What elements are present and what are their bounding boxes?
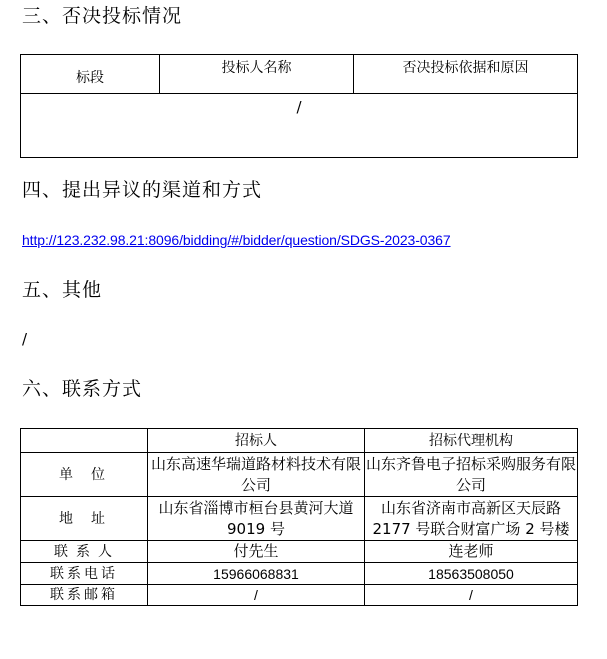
table-row: 单位 山东高速华瑞道路材料技术有限公司 山东齐鲁电子招标采购服务有限公司 xyxy=(21,453,578,497)
table-header-row: 标段 投标人名称 否决投标依据和原因 xyxy=(21,55,578,94)
header-lot: 标段 xyxy=(21,55,160,94)
header-tenderer: 招标人 xyxy=(148,429,365,453)
row-label-contact-person: 联系人 xyxy=(21,541,148,563)
section-6-heading: 六、联系方式 xyxy=(22,377,142,401)
section-5-heading: 五、其他 xyxy=(22,278,102,302)
header-agency: 招标代理机构 xyxy=(365,429,578,453)
agency-address: 山东省济南市高新区天辰路 2177 号联合财富广场 2 号楼 xyxy=(365,497,578,541)
header-empty xyxy=(21,429,148,453)
table-row: 联系邮箱 / / xyxy=(21,585,578,606)
row-label-phone: 联系电话 xyxy=(21,563,148,585)
tenderer-unit: 山东高速华瑞道路材料技术有限公司 xyxy=(148,453,365,497)
rejected-bids-table: 标段 投标人名称 否决投标依据和原因 / xyxy=(20,54,578,158)
table-row: 地址 山东省淄博市桓台县黄河大道9019 号 山东省济南市高新区天辰路 2177… xyxy=(21,497,578,541)
tenderer-contact-person: 付先生 xyxy=(148,541,365,563)
table-row: / xyxy=(21,94,578,158)
table-row: 联系电话 15966068831 18563508050 xyxy=(21,563,578,585)
header-bidder-name: 投标人名称 xyxy=(160,55,354,94)
section-4-heading: 四、提出异议的渠道和方式 xyxy=(22,178,262,202)
table-header-row: 招标人 招标代理机构 xyxy=(21,429,578,453)
header-rejection-reason: 否决投标依据和原因 xyxy=(354,55,578,94)
agency-email: / xyxy=(365,585,578,606)
objection-link-paragraph: http://123.232.98.21:8096/bidding/#/bidd… xyxy=(22,231,451,249)
rejected-bids-value: / xyxy=(21,94,578,158)
tenderer-phone: 15966068831 xyxy=(148,563,365,585)
tenderer-address: 山东省淄博市桓台县黄河大道9019 号 xyxy=(148,497,365,541)
contact-table: 招标人 招标代理机构 单位 山东高速华瑞道路材料技术有限公司 山东齐鲁电子招标采… xyxy=(20,428,578,606)
row-label-email: 联系邮箱 xyxy=(21,585,148,606)
agency-unit: 山东齐鲁电子招标采购服务有限公司 xyxy=(365,453,578,497)
objection-channel-link[interactable]: http://123.232.98.21:8096/bidding/#/bidd… xyxy=(22,232,451,248)
section-3-heading: 三、否决投标情况 xyxy=(22,4,182,28)
tenderer-email: / xyxy=(148,585,365,606)
row-label-unit: 单位 xyxy=(21,453,148,497)
agency-contact-person: 连老师 xyxy=(365,541,578,563)
row-label-address: 地址 xyxy=(21,497,148,541)
other-content: / xyxy=(22,330,27,348)
agency-phone: 18563508050 xyxy=(365,563,578,585)
table-row: 联系人 付先生 连老师 xyxy=(21,541,578,563)
